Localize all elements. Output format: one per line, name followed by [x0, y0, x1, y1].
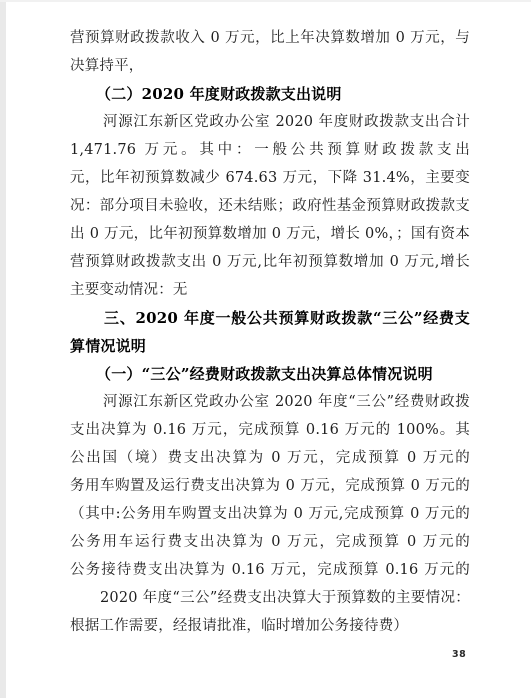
text-line: 营预算财政拨款收入 0 万元，比上年决算数增加 0 万元，与上年	[70, 24, 470, 52]
heading-line: （二）2020 年度财政拨款支出说明	[70, 80, 470, 108]
text-line: 支出决算为 0.16 万元，完成预算 0.16 万元的 100%。其中：因	[70, 416, 470, 444]
heading-line: （一）“三公”经费财政拨款支出决算总体情况说明	[70, 360, 470, 388]
scan-edge-top	[0, 0, 531, 2]
text-line: （其中:公务用车购置支出决算为 0 万元,完成预算 0 万元的 0%；	[70, 500, 470, 528]
text-line: 根据工作需要，经报请批准，临时增加公务接待费）	[70, 612, 470, 640]
text-line: 河源江东新区党政办公室 2020 年度“三公”经费财政拨款	[70, 388, 470, 416]
text-line: 2020 年度“三公”经费支出决算大于预算数的主要情况：	[70, 584, 470, 612]
text-line: 公务用车运行费支出决算为 0 万元，完成预算 0 万元的 0%）；	[70, 528, 470, 556]
text-line: 公务接待费支出决算为 0.16 万元，完成预算 0.16 万元的 100%。	[70, 556, 470, 584]
document-body: 营预算财政拨款收入 0 万元，比上年决算数增加 0 万元，与上年决算持平，（二）…	[70, 24, 470, 640]
text-line: 况：部分项目未验收，还未结账；政府性基金预算财政拨款支	[70, 192, 470, 220]
text-line: 元，比年初预算数减少 674.63 万元，下降 31.4%，主要变动情	[70, 164, 470, 192]
page-number: 38	[452, 649, 466, 660]
text-line: 主要变动情况：无	[70, 276, 470, 304]
text-line: 决算持平，	[70, 52, 470, 80]
text-line: 营预算财政拨款支出 0 万元,比年初预算数增加 0 万元,增长 0%,	[70, 248, 470, 276]
text-line: 公出国（境）费支出决算为 0 万元，完成预算 0 万元的 0%；公	[70, 444, 470, 472]
heading-line: 三、2020 年度一般公共预算财政拨款“三公”经费支出决	[70, 304, 470, 332]
heading-line: 算情况说明	[70, 332, 470, 360]
text-line: 出 0 万元，比年初预算数增加 0 万元，增长 0%，；国有资本经	[70, 220, 470, 248]
text-line: 河源江东新区党政办公室 2020 年度财政拨款支出合计	[70, 108, 470, 136]
document-page: 营预算财政拨款收入 0 万元，比上年决算数增加 0 万元，与上年决算持平，（二）…	[0, 0, 531, 698]
text-line: 务用车购置及运行费支出决算为 0 万元，完成预算 0 万元的 0%	[70, 472, 470, 500]
text-line: 1,471.76 万元。其中：一般公共预算财政拨款支出 1,471.76 万	[70, 136, 470, 164]
scan-edge-left	[0, 0, 6, 698]
